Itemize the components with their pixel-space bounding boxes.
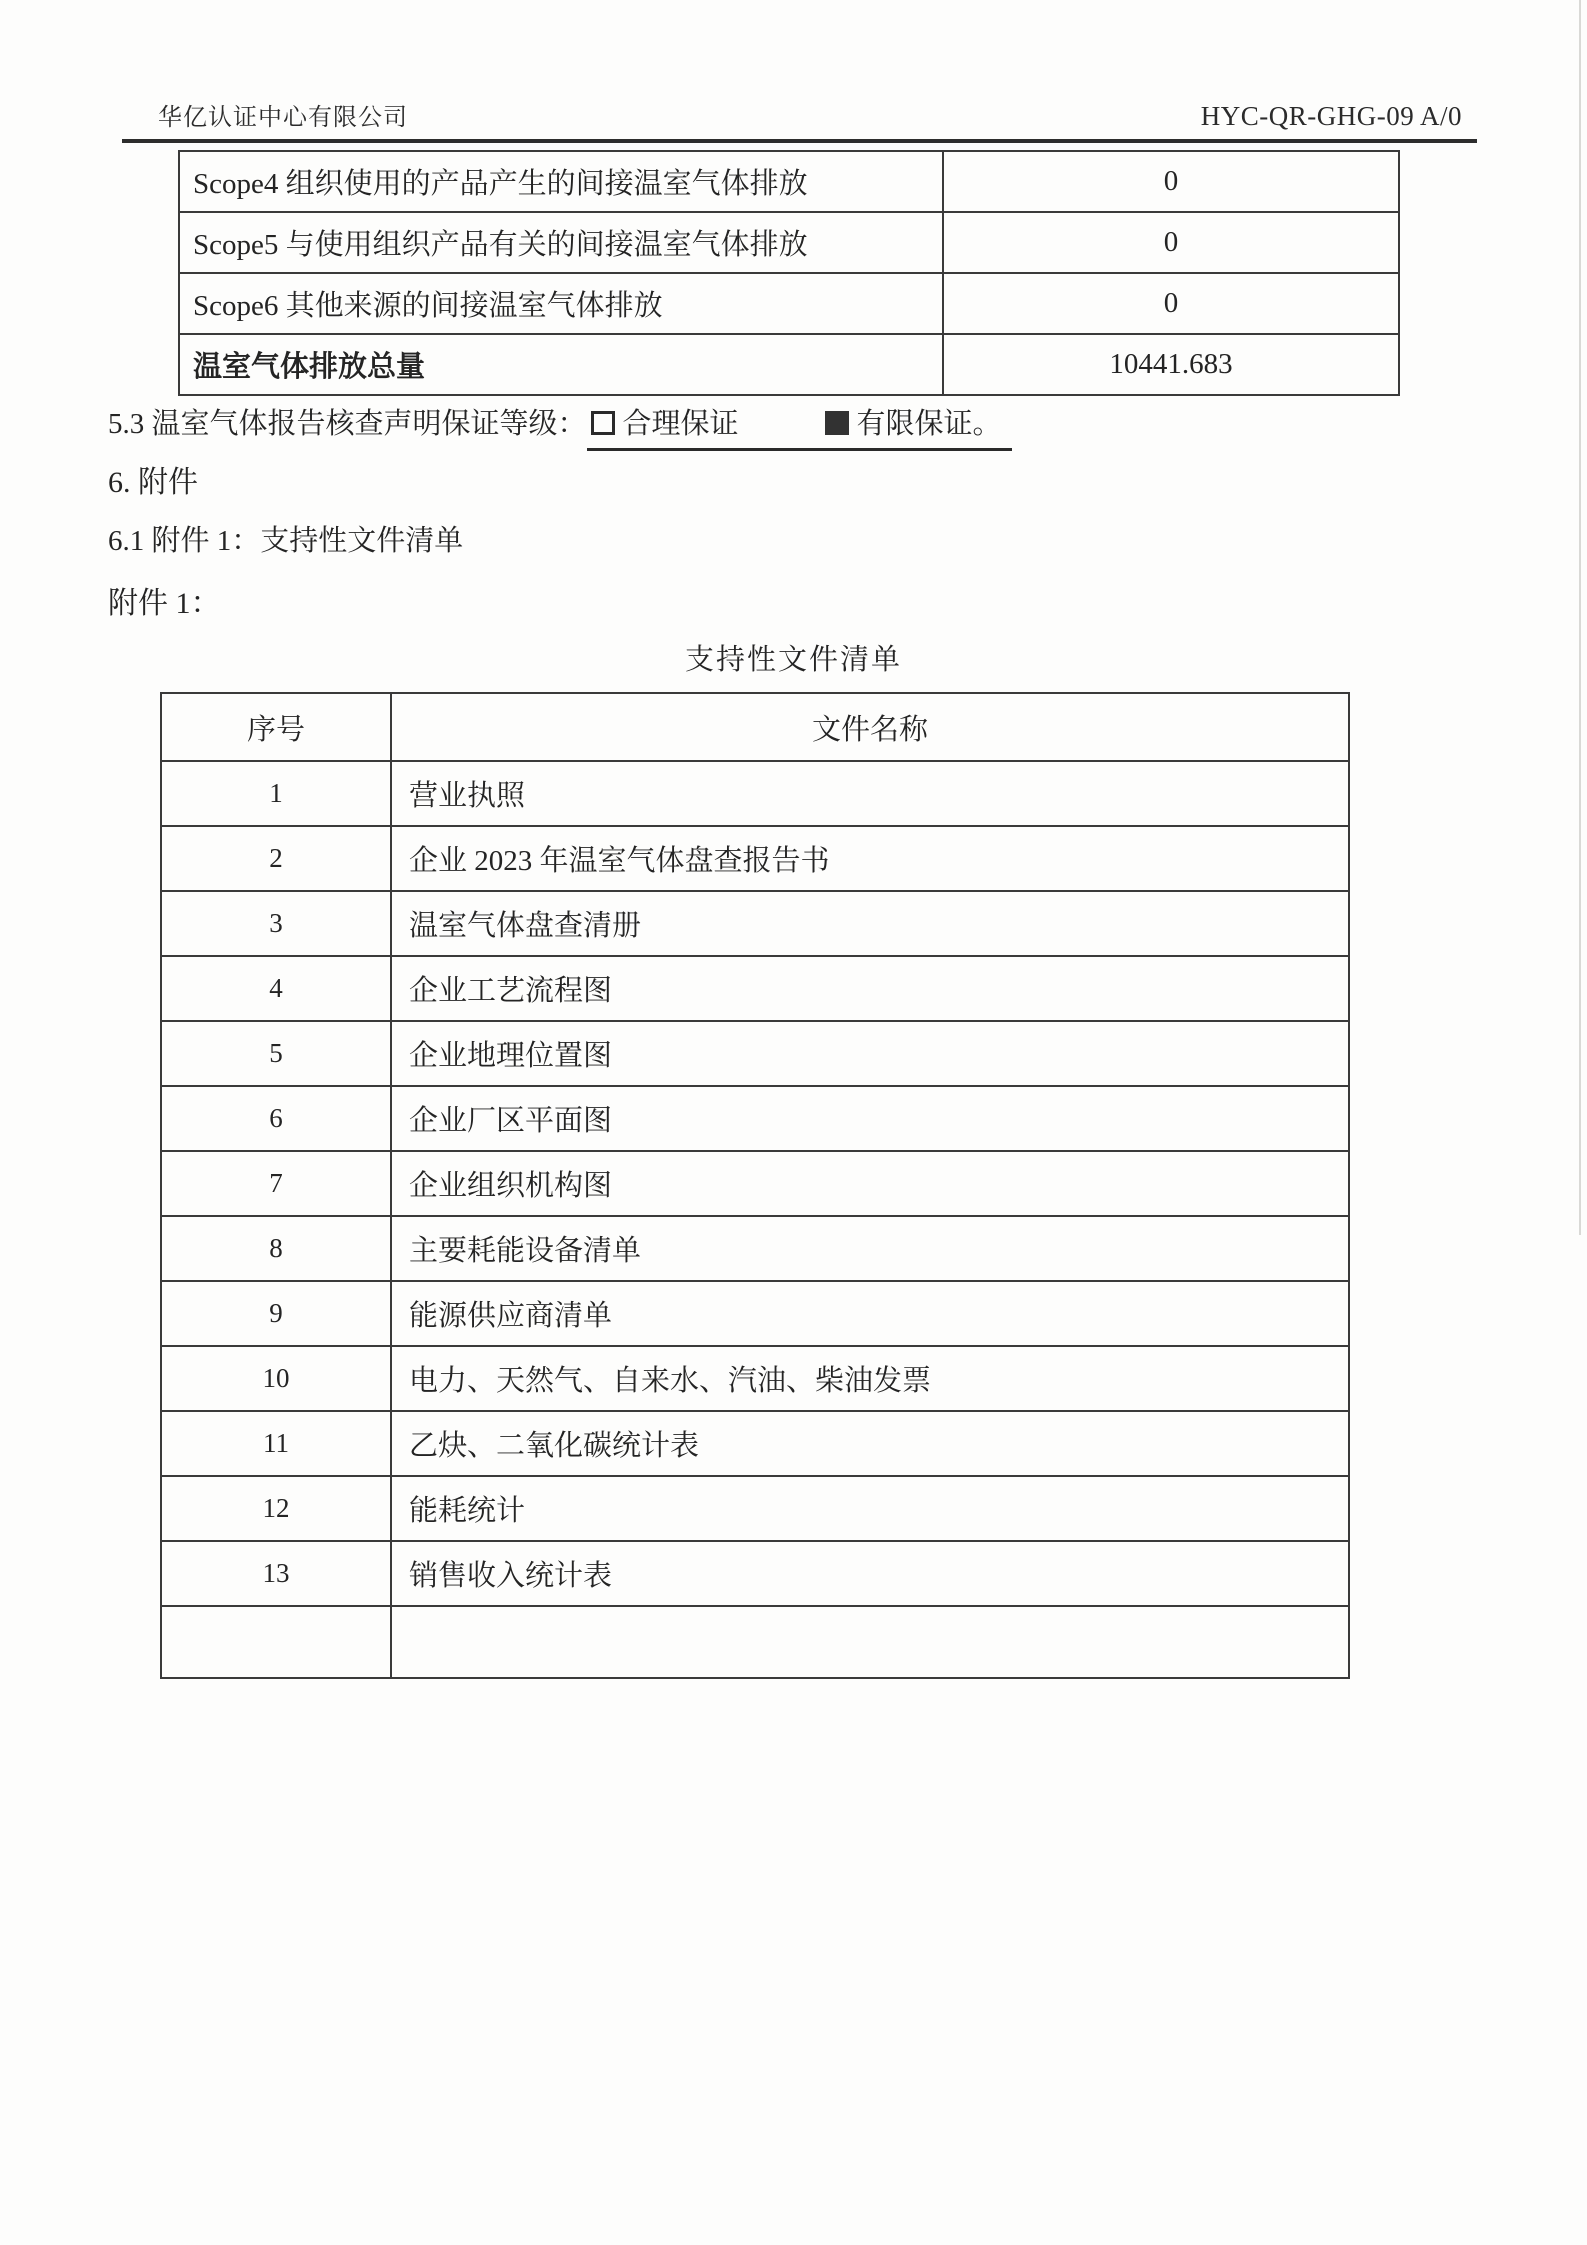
section-6-heading: 6. 附件 [108,457,198,501]
checkbox-limited-assurance [825,411,849,435]
attachment-1-label: 附件 1： [108,578,221,622]
table-row: 2 企业 2023 年温室气体盘查报告书 [161,826,1349,891]
table-row: 6 企业厂区平面图 [161,1086,1349,1151]
row-name: 乙炔、二氧化碳统计表 [391,1411,1349,1476]
row-no: 1 [161,761,391,826]
row-no: 7 [161,1151,391,1216]
table-row: 8 主要耗能设备清单 [161,1216,1349,1281]
table-row: 5 企业地理位置图 [161,1021,1349,1086]
row-no: 6 [161,1086,391,1151]
emissions-table: Scope4 组织使用的产品产生的间接温室气体排放 0 Scope5 与使用组织… [178,150,1400,396]
table-row: 9 能源供应商清单 [161,1281,1349,1346]
column-header-no: 序号 [161,693,391,761]
total-row: 温室气体排放总量 10441.683 [179,334,1399,395]
table-row: Scope4 组织使用的产品产生的间接温室气体排放 0 [179,151,1399,212]
scope4-value: 0 [943,151,1399,212]
row-name [391,1606,1349,1678]
table-row: 11 乙炔、二氧化碳统计表 [161,1411,1349,1476]
total-emissions-label: 温室气体排放总量 [179,334,943,395]
row-name: 能源供应商清单 [391,1281,1349,1346]
row-no: 13 [161,1541,391,1606]
table-row: 4 企业工艺流程图 [161,956,1349,1021]
row-no: 8 [161,1216,391,1281]
option-limited-label: 有限保证。 [857,408,1002,440]
table-row: 10 电力、天然气、自来水、汽油、柴油发票 [161,1346,1349,1411]
row-name: 主要耗能设备清单 [391,1216,1349,1281]
table-row: 12 能耗统计 [161,1476,1349,1541]
document-code: HYC-QR-GHG-09 A/0 [1201,101,1462,132]
scope6-value: 0 [943,273,1399,334]
attachment-table: 序号 文件名称 1 营业执照 2 企业 2023 年温室气体盘查报告书 3 温室… [160,692,1350,1679]
attachment-table-title: 支持性文件清单 [0,637,1587,678]
document-page: 华亿认证中心有限公司 HYC-QR-GHG-09 A/0 Scope4 组织使用… [0,0,1587,2245]
row-no: 11 [161,1411,391,1476]
assurance-label: 5.3 温室气体报告核查声明保证等级： [108,408,587,440]
header-rule [122,139,1477,143]
assurance-statement: 5.3 温室气体报告核查声明保证等级：合理保证有限保证。 [108,401,1012,442]
row-no: 4 [161,956,391,1021]
row-no: 12 [161,1476,391,1541]
row-name: 企业组织机构图 [391,1151,1349,1216]
table-row-empty [161,1606,1349,1678]
assurance-options: 合理保证有限保证。 [587,408,1012,451]
table-row: 1 营业执照 [161,761,1349,826]
table-row: 7 企业组织机构图 [161,1151,1349,1216]
scope5-value: 0 [943,212,1399,273]
option-reasonable-label: 合理保证 [623,408,739,440]
section-6-1-heading: 6.1 附件 1：支持性文件清单 [108,518,463,559]
column-header-name: 文件名称 [391,693,1349,761]
row-name: 企业厂区平面图 [391,1086,1349,1151]
row-no [161,1606,391,1678]
row-name: 能耗统计 [391,1476,1349,1541]
scope4-label: Scope4 组织使用的产品产生的间接温室气体排放 [179,151,943,212]
row-no: 5 [161,1021,391,1086]
row-name: 企业 2023 年温室气体盘查报告书 [391,826,1349,891]
total-emissions-value: 10441.683 [943,334,1399,395]
company-name: 华亿认证中心有限公司 [158,97,408,132]
scan-edge-artifact [1579,0,1581,1235]
row-no: 3 [161,891,391,956]
table-row: Scope5 与使用组织产品有关的间接温室气体排放 0 [179,212,1399,273]
table-row: 3 温室气体盘查清册 [161,891,1349,956]
row-no: 10 [161,1346,391,1411]
table-header-row: 序号 文件名称 [161,693,1349,761]
scope6-label: Scope6 其他来源的间接温室气体排放 [179,273,943,334]
row-name: 企业地理位置图 [391,1021,1349,1086]
row-no: 9 [161,1281,391,1346]
scope5-label: Scope5 与使用组织产品有关的间接温室气体排放 [179,212,943,273]
row-name: 温室气体盘查清册 [391,891,1349,956]
row-name: 营业执照 [391,761,1349,826]
row-name: 电力、天然气、自来水、汽油、柴油发票 [391,1346,1349,1411]
checkbox-reasonable-assurance [591,411,615,435]
row-name: 企业工艺流程图 [391,956,1349,1021]
row-name: 销售收入统计表 [391,1541,1349,1606]
table-row: 13 销售收入统计表 [161,1541,1349,1606]
table-row: Scope6 其他来源的间接温室气体排放 0 [179,273,1399,334]
row-no: 2 [161,826,391,891]
